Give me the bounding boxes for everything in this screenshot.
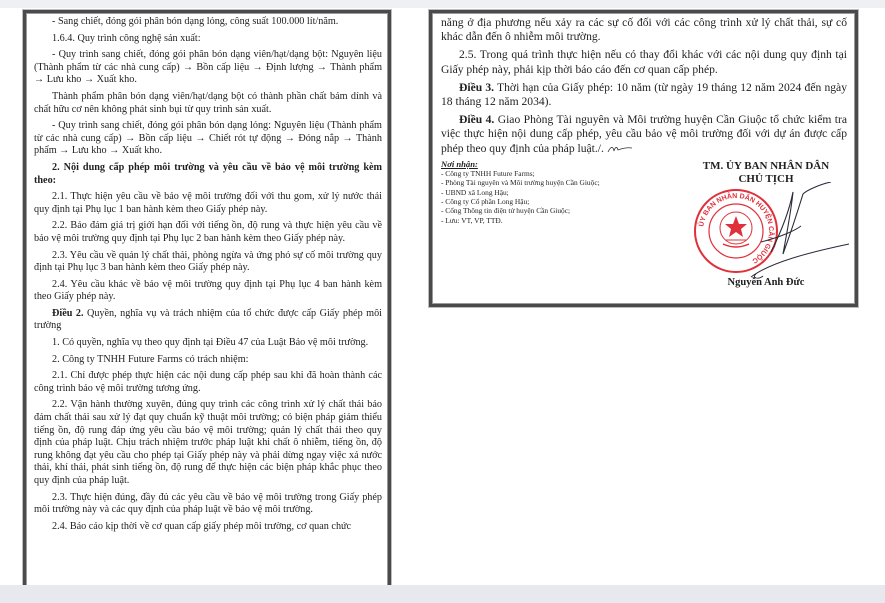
paragraph: - Sang chiết, đóng gói phân bón dạng lỏn… — [34, 16, 382, 29]
recipient-item: - Lưu: VT, VP, TTĐ. — [441, 216, 671, 225]
document-page-left: - Sang chiết, đóng gói phân bón dạng lỏn… — [23, 10, 391, 600]
article-3-text: Thời hạn của Giấy phép: 10 năm (từ ngày … — [441, 81, 847, 108]
signature-area: Nơi nhận: - Công ty TNHH Future Farms;- … — [441, 160, 847, 300]
paragraph: - Quy trình sang chiết, đóng gói phân bó… — [34, 120, 382, 158]
paragraph: 2.2. Bảo đảm giá trị giới hạn đối với ti… — [34, 220, 382, 245]
signer-name: Nguyễn Anh Đức — [681, 277, 851, 288]
paragraph: 2.4. Yêu cầu khác về bảo vệ môi trường q… — [34, 279, 382, 304]
initial-signature-icon — [607, 144, 633, 154]
paragraph: 2.1. Thực hiện yêu cầu về bảo vệ môi trư… — [34, 191, 382, 216]
article-4-lead: Điều 4. — [459, 113, 494, 126]
recipients-title: Nơi nhận: — [441, 160, 671, 169]
paragraph: 1.6.4. Quy trình công nghệ sản xuất: — [34, 33, 382, 46]
paragraph: 2. Nội dung cấp phép môi trường và yêu c… — [34, 162, 382, 187]
paragraph: 2. Công ty TNHH Future Farms có trách nh… — [34, 354, 382, 367]
signatory-org: TM. ỦY BAN NHÂN DÂN — [681, 160, 851, 173]
article-3: Điều 3. Thời hạn của Giấy phép: 10 năm (… — [441, 81, 847, 109]
article-4-text: Giao Phòng Tài nguyên và Môi trường huyệ… — [441, 113, 847, 154]
paragraph: Điều 2. Quyền, nghĩa vụ và trách nhiệm c… — [34, 308, 382, 333]
article-3-lead: Điều 3. — [459, 81, 494, 94]
recipient-item: - Công ty Cổ phần Long Hậu; — [441, 197, 671, 206]
paragraph: 2.2. Vận hành thường xuyên, đúng quy trì… — [34, 399, 382, 487]
paragraph: 2.4. Báo cáo kịp thời về cơ quan cấp giấ… — [34, 521, 382, 534]
paragraph: 2.1. Chỉ được phép thực hiện các nội dun… — [34, 370, 382, 395]
paragraph: - Quy trình sang chiết, đóng gói phân bó… — [34, 49, 382, 87]
paragraph: 2.3. Thực hiện đúng, đầy đủ các yêu cầu … — [34, 492, 382, 517]
article-lead: Điều 2. — [52, 308, 84, 319]
recipient-item: - Công ty TNHH Future Farms; — [441, 169, 671, 178]
handwritten-signature-icon — [711, 182, 851, 282]
document-page-right: năng ở địa phương nếu xảy ra các sự cố đ… — [429, 10, 858, 307]
left-page-body: - Sang chiết, đóng gói phân bón dạng lỏn… — [34, 16, 382, 533]
paragraph: Thành phẩm phân bón dạng viên/hạt/dạng b… — [34, 91, 382, 116]
recipients-block: Nơi nhận: - Công ty TNHH Future Farms;- … — [441, 160, 671, 225]
paragraph-continued: năng ở địa phương nếu xảy ra các sự cố đ… — [441, 16, 847, 44]
article-4: Điều 4. Giao Phòng Tài nguyên và Môi trư… — [441, 113, 847, 156]
recipient-item: - UBND xã Long Hậu; — [441, 188, 671, 197]
signatory-block: TM. ỦY BAN NHÂN DÂN CHỦ TỊCH ỦY BAN NHÂN… — [681, 160, 851, 186]
viewer-top-bar — [0, 0, 885, 8]
paragraph: 2.3. Yêu cầu về quản lý chất thải, phòng… — [34, 250, 382, 275]
recipient-item: - Cổng Thông tin điện tử huyện Cần Giuộc… — [441, 206, 671, 215]
recipient-item: - Phòng Tài nguyên và Môi trường huyện C… — [441, 178, 671, 187]
viewer-bottom-bar — [0, 585, 885, 603]
recipients-list: - Công ty TNHH Future Farms;- Phòng Tài … — [441, 169, 671, 225]
paragraph: 1. Có quyền, nghĩa vụ theo quy định tại … — [34, 337, 382, 350]
paragraph-2-5: 2.5. Trong quá trình thực hiện nếu có th… — [441, 48, 847, 76]
